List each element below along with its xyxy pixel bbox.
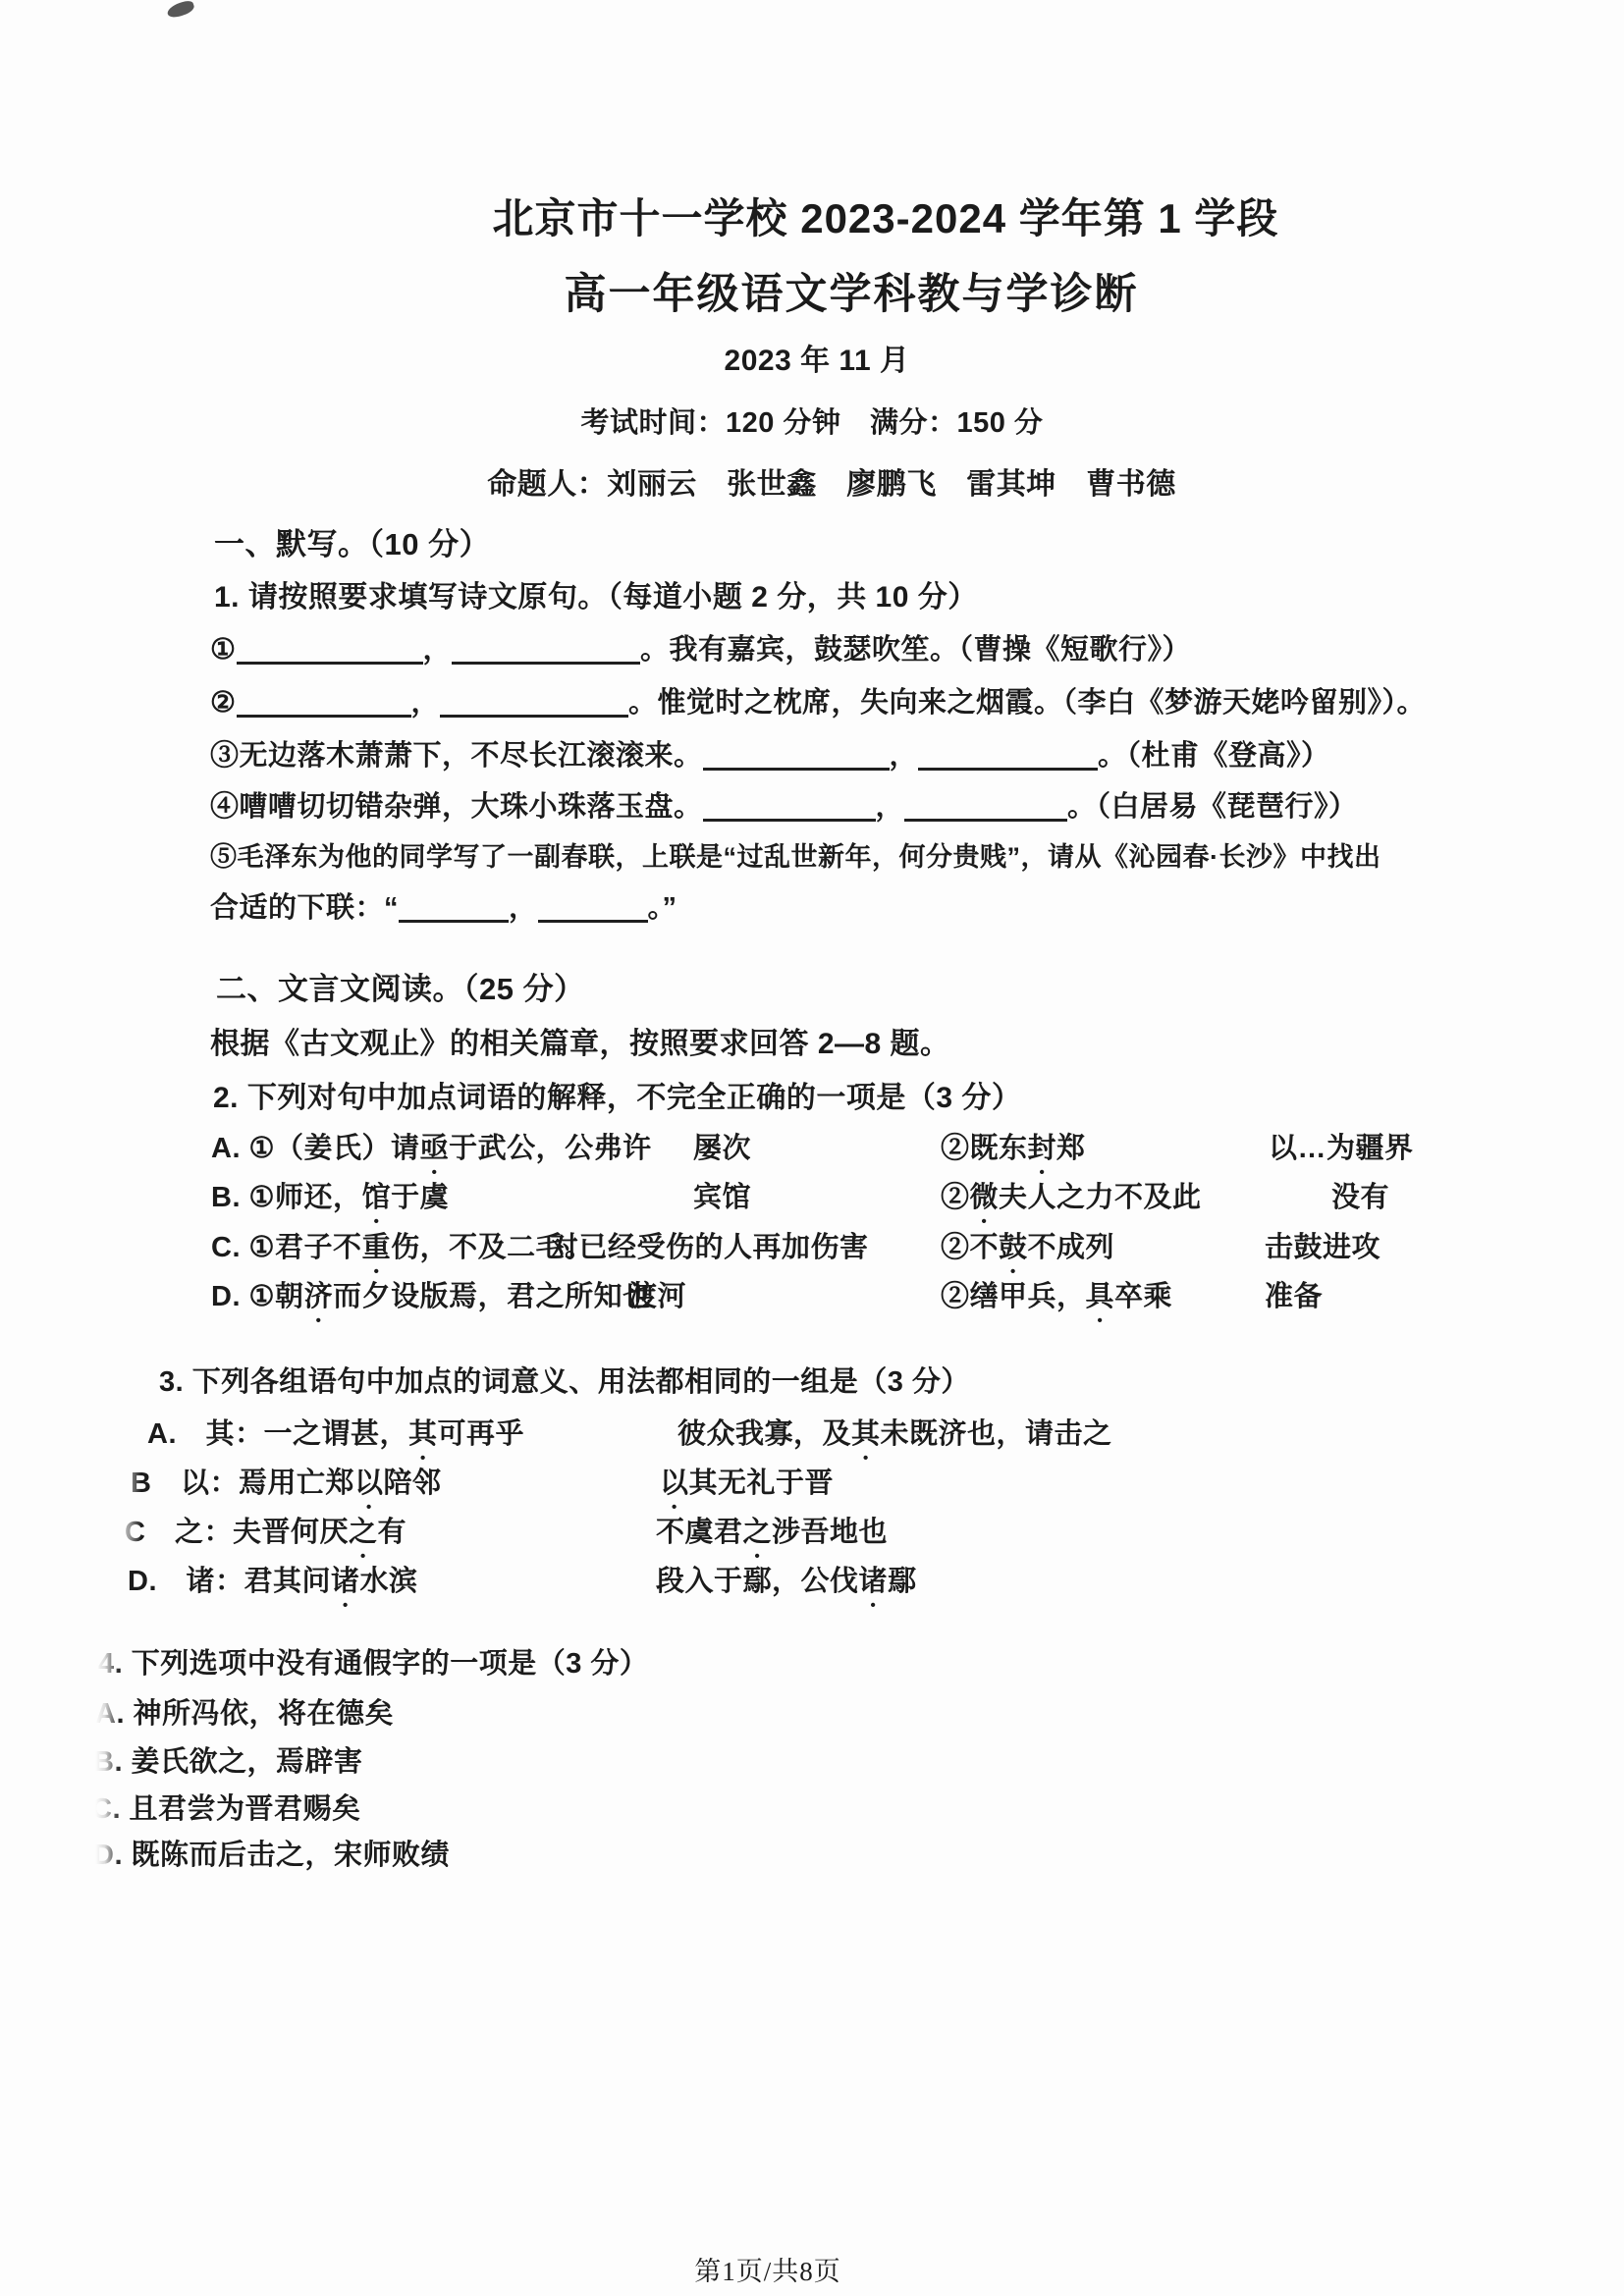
q2-b-gloss2: 没有 — [1331, 1175, 1389, 1215]
q1-item-3: ③无边落木萧萧下，不尽长江滚滚来。，。（杜甫《登高》） — [210, 733, 1330, 774]
q2-a-phrase2: ②既东封郑 — [941, 1126, 1086, 1181]
q3-a-phrase1: A. 其：一之谓甚，其可再乎 — [147, 1412, 524, 1467]
q2-c-gloss1: 对已经受伤的人再加伤害 — [550, 1225, 869, 1265]
q1-item-2: ②，。惟觉时之枕席，失向来之烟霞。（李白《梦游天姥吟留别》）。 — [210, 680, 1426, 721]
q4-option-c: C. 且君尝为晋君赐矣 — [91, 1787, 361, 1827]
q1-item-5: ⑤毛泽东为他的同学写了一副春联，上联是“过乱世新年，何分贵贱”，请从《沁园春·长… — [210, 835, 1381, 874]
emphasized-char: 以 — [354, 1468, 384, 1499]
q2-c-gloss2: 击鼓进攻 — [1265, 1225, 1380, 1265]
section2-intro: 根据《古文观止》的相关篇章，按照要求回答 2—8 题。 — [210, 1019, 950, 1062]
emphasized-char: 其 — [408, 1418, 438, 1450]
q1-stem: 1. 请按照要求填写诗文原句。（每道小题 2 分，共 10 分） — [214, 572, 978, 615]
q2-b-gloss1: 宾馆 — [693, 1175, 751, 1215]
emphasized-char: 之 — [743, 1517, 773, 1548]
q2-b-phrase2: ②微夫人之力不及此 — [941, 1175, 1202, 1230]
answer-blank — [452, 658, 640, 665]
q3-d-phrase1: D. 诸：君其问诸水滨 — [128, 1559, 418, 1614]
q2-c-phrase2: ②不鼓不成列 — [941, 1225, 1114, 1280]
q3-stem: 3. 下列各组语句中加点的词意义、用法都相同的一组是（3 分） — [159, 1360, 970, 1400]
answer-blank — [440, 711, 628, 718]
q2-c-phrase1: C. ①君子不重伤，不及二毛。 — [211, 1225, 594, 1280]
section1-heading: 一、默写。（10 分） — [214, 519, 490, 563]
q3-b-phrase2: 以其无礼于晋 — [660, 1461, 834, 1516]
q3-a-phrase2: 彼众我寡，及其未既济也，请击之 — [677, 1412, 1112, 1467]
q1-item-4: ④嘈嘈切切错杂弹，大珠小珠落玉盘。，。（白居易《琵琶行》） — [210, 784, 1358, 825]
emphasized-char: 其 — [851, 1418, 881, 1450]
answer-blank — [703, 815, 876, 822]
q2-a-gloss1: 屡次 — [693, 1126, 751, 1166]
answer-blank — [237, 711, 411, 718]
page-number-footer: 第1页/共8页 — [0, 2250, 1580, 2288]
answer-blank — [237, 658, 423, 665]
exam-authors: 命题人：刘丽云 张世鑫 廖鹏飞 雷其坤 曹书德 — [20, 459, 1624, 503]
q4-option-d: D. 既陈而后击之，宋师败绩 — [93, 1833, 450, 1873]
q1-item-5-continuation: 合适的下联：“，。” — [210, 885, 677, 926]
emphasized-char: 馆 — [362, 1182, 392, 1213]
q3-c-phrase2: 不虞君之涉吾地也 — [656, 1510, 888, 1565]
q2-a-phrase1: A. ①（姜氏）请亟于武公，公弗许 — [211, 1126, 652, 1181]
exam-duration-score: 考试时间：120 分钟 满分：150 分 — [0, 400, 1624, 441]
answer-blank — [538, 916, 648, 923]
q2-d-gloss2: 准备 — [1265, 1274, 1323, 1314]
q3-b-phrase1: B 以：焉用亡郑以陪邻 — [131, 1461, 441, 1516]
exam-date: 2023 年 11 月 — [5, 336, 1624, 379]
q3-d-phrase2: 段入于鄢，公伐诸鄢 — [656, 1559, 917, 1614]
exam-title-line1: 北京市十一学校 2023-2024 学年第 1 学段 — [74, 187, 1624, 245]
q4-option-a: A. 神所冯依，将在德矣 — [95, 1691, 394, 1732]
scan-artifact-speck — [166, 0, 196, 20]
q2-a-gloss2: 以…为疆界 — [1269, 1126, 1414, 1166]
emphasized-char: 亟 — [420, 1133, 450, 1164]
emphasized-char: 诸 — [859, 1566, 889, 1597]
q2-stem: 2. 下列对句中加点词语的解释，不完全正确的一项是（3 分） — [213, 1073, 1021, 1116]
answer-blank — [918, 764, 1098, 771]
q2-b-phrase1: B. ①师还，馆于虞 — [211, 1175, 449, 1230]
answer-blank — [399, 916, 509, 923]
emphasized-char: 重 — [362, 1232, 392, 1263]
q1-item-1: ①，。我有嘉宾，鼓瑟吹笙。（曹操《短歌行》） — [210, 627, 1191, 667]
q3-c-phrase1: C 之：夫晋何厌之有 — [125, 1510, 406, 1565]
emphasized-char: 封 — [1028, 1133, 1057, 1164]
emphasized-char: 具 — [1086, 1281, 1115, 1312]
q4-stem: 4. 下列选项中没有通假字的一项是（3 分） — [98, 1641, 648, 1682]
emphasized-char: 以 — [660, 1468, 689, 1499]
exam-title-line2: 高一年级语文学科教与学诊断 — [39, 261, 1624, 321]
q2-d-phrase2: ②缮甲兵，具卒乘 — [941, 1274, 1172, 1329]
emphasized-char: 鼓 — [999, 1232, 1028, 1263]
emphasized-char: 微 — [970, 1182, 1000, 1213]
q2-d-gloss1: 渡河 — [628, 1274, 686, 1314]
section2-heading: 二、文言文阅读。（25 分） — [216, 964, 585, 1008]
q4-option-b: B. 姜氏欲之，焉辟害 — [93, 1739, 363, 1780]
emphasized-char: 诸 — [331, 1566, 360, 1597]
answer-blank — [904, 815, 1067, 822]
emphasized-char: 之 — [349, 1517, 378, 1548]
emphasized-char: 济 — [304, 1281, 334, 1312]
answer-blank — [703, 764, 890, 771]
scanned-exam-page: 北京市十一学校 2023-2024 学年第 1 学段 高一年级语文学科教与学诊断… — [0, 0, 1624, 2296]
q2-d-phrase1: D. ①朝济而夕设版焉，君之所知也 — [211, 1274, 652, 1329]
